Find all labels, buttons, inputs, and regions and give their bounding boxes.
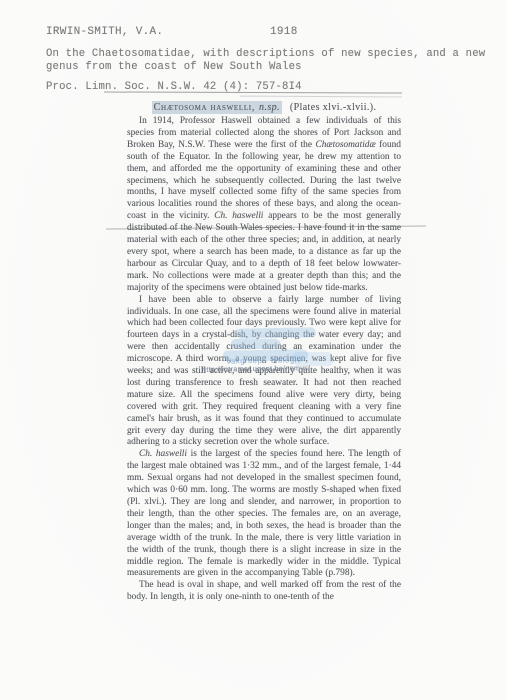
publication-year: 1918	[270, 26, 298, 38]
species-heading: Chætosoma haswelli,n.sp. (Plates xlvi.-x…	[127, 102, 401, 113]
article-title: On the Chaetosomatidae, with description…	[46, 48, 492, 74]
paragraph-measurements: Ch. haswelli is the largest of the speci…	[127, 449, 401, 580]
plates-reference: (Plates xlvi.-xlvii.).	[290, 102, 377, 113]
article-body: Chætosoma haswelli,n.sp. (Plates xlvi.-x…	[127, 102, 401, 604]
species-rank: n.sp.	[257, 101, 282, 114]
citation-line: Proc. Limn. Soc. N.S.W. 42 (4): 757-8I4	[46, 81, 496, 93]
typed-header: IRWIN-SMITH, V.A. 1918 On the Chaetosoma…	[46, 26, 496, 93]
species-name: Chætosoma haswelli,	[152, 101, 257, 114]
paragraph-living-observations: I have been able to observe a fairly lar…	[127, 295, 401, 450]
author-name: IRWIN-SMITH, V.A.	[46, 26, 163, 38]
citation-underline-echo	[240, 96, 402, 98]
paragraph-collection-history: In 1914, Professor Haswell obtained a fe…	[127, 116, 401, 295]
author-year-row: IRWIN-SMITH, V.A. 1918	[46, 26, 496, 39]
scanned-page: IRWIN-SMITH, V.A. 1918 On the Chaetosoma…	[0, 0, 507, 700]
paragraph-head-description: The head is oval in shape, and well mark…	[127, 580, 401, 604]
